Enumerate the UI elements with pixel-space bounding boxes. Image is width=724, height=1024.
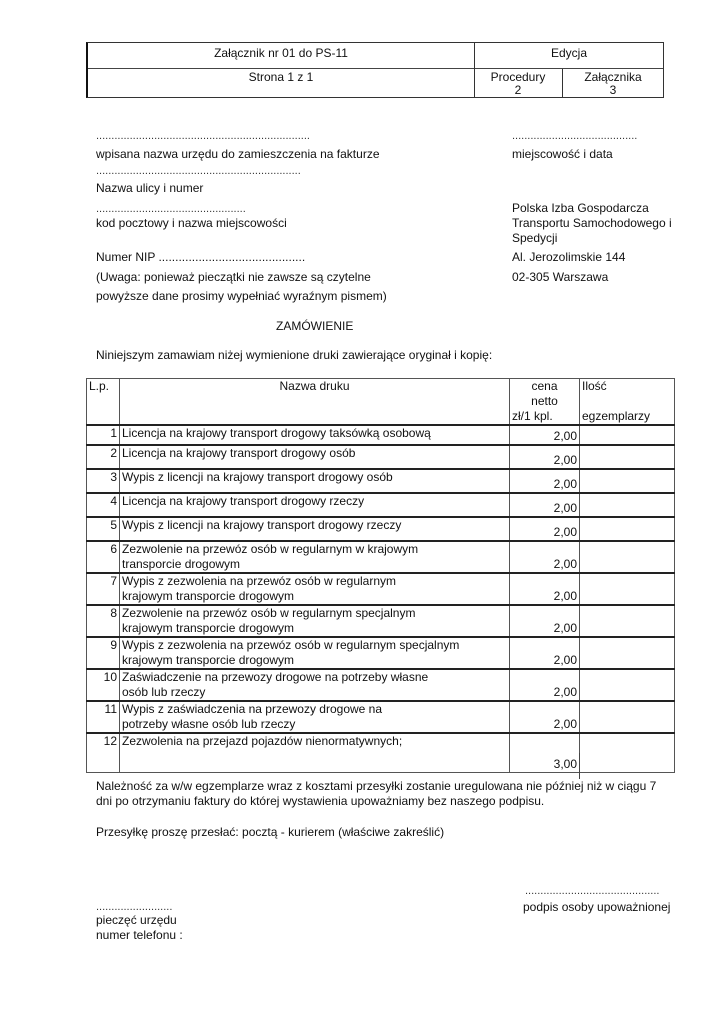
street-field[interactable]: ........................................… — [96, 164, 301, 178]
header-qty-line: egzemplarzy — [582, 409, 672, 424]
price-cell: 2,00 — [510, 445, 580, 469]
header-qty: Ilość egzemplarzy — [580, 379, 675, 426]
print-name: Licencja na krajowy transport drogowy rz… — [120, 493, 510, 517]
price-cell: 2,00 — [510, 701, 580, 733]
quantity-input[interactable] — [580, 469, 675, 493]
print-name: Zezwolenia na przejazd pojazdów nienorma… — [120, 733, 510, 773]
row-number: 9 — [87, 637, 120, 669]
quantity-input[interactable] — [580, 669, 675, 701]
signature-label: podpis osoby upoważnionej — [523, 900, 670, 914]
row-number: 10 — [87, 669, 120, 701]
signature-field[interactable]: ........................................… — [525, 884, 659, 898]
print-name-line: Wypis z zaświadczenia na przewozy drogow… — [122, 702, 507, 717]
print-name-line: Zezwolenia na przejazd pojazdów nienorma… — [122, 734, 507, 749]
postal-field[interactable]: ........................................… — [96, 202, 246, 216]
recipient-city: 02-305 Warszawa — [512, 270, 608, 284]
row-number: 6 — [87, 541, 120, 573]
procedure-value: 2 — [474, 84, 562, 97]
row-number: 7 — [87, 573, 120, 605]
place-date-label: miejscowość i data — [512, 147, 613, 161]
price-cell: 2,00 — [510, 541, 580, 573]
header-price-line: netto — [510, 394, 579, 409]
order-items-table: L.p. Nazwa druku cena netto zł/1 kpl. Il… — [86, 378, 675, 773]
street-label: Nazwa ulicy i numer — [96, 181, 203, 195]
header-qty-line: Ilość — [582, 379, 672, 394]
page-number: Strona 1 z 1 — [88, 71, 474, 84]
print-name: Licencja na krajowy transport drogowy ta… — [120, 425, 510, 445]
payment-terms: dni po otrzymaniu faktury do której wyst… — [96, 794, 544, 808]
note-line: powyższe dane prosimy wypełniać wyraźnym… — [96, 289, 387, 303]
table-row: 5Wypis z licencji na krajowy transport d… — [87, 517, 675, 541]
print-name: Wypis z licencji na krajowy transport dr… — [120, 469, 510, 493]
print-name-line: Zezwolenie na przewóz osób w regularnym … — [122, 606, 507, 621]
price-cell: 2,00 — [510, 517, 580, 541]
shipping-method: Przesyłkę proszę przesłać: pocztą - kuri… — [96, 825, 444, 839]
row-number: 11 — [87, 701, 120, 733]
office-name-label: wpisana nazwa urzędu do zamieszczenia na… — [96, 147, 380, 161]
print-name-line: krajowym transporcie drogowym — [122, 653, 507, 668]
phone-label: numer telefonu : — [96, 928, 183, 942]
row-number: 12 — [87, 733, 120, 773]
quantity-input[interactable] — [580, 517, 675, 541]
table-row: 9Wypis z zezwolenia na przewóz osób w re… — [87, 637, 675, 669]
print-name-line: krajowym transporcie drogowym — [122, 621, 507, 636]
quantity-input[interactable] — [580, 573, 675, 605]
nip-field[interactable]: Numer NIP ..............................… — [96, 250, 305, 264]
stamp-field[interactable]: ......................... — [96, 900, 172, 914]
attachment-value: 3 — [562, 84, 664, 97]
print-name: Wypis z licencji na krajowy transport dr… — [120, 517, 510, 541]
attachment-title: Załącznik nr 01 do PS-11 — [88, 47, 474, 60]
table-row: 12Zezwolenia na przejazd pojazdów nienor… — [87, 733, 675, 773]
print-name: Licencja na krajowy transport drogowy os… — [120, 445, 510, 469]
header-divider — [88, 68, 663, 69]
print-name: Zaświadczenie na przewozy drogowe na pot… — [120, 669, 510, 701]
print-name-line — [122, 749, 507, 764]
table-row: 6Zezwolenie na przewóz osób w regularnym… — [87, 541, 675, 573]
print-name: Wypis z zaświadczenia na przewozy drogow… — [120, 701, 510, 733]
print-name-line: Zaświadczenie na przewozy drogowe na pot… — [122, 670, 507, 685]
payment-terms: Należność za w/w egzemplarze wraz z kosz… — [96, 779, 656, 793]
header-price-line: cena — [510, 379, 579, 394]
print-name-line: Licencja na krajowy transport drogowy os… — [122, 446, 507, 461]
row-number: 2 — [87, 445, 120, 469]
quantity-input[interactable] — [580, 701, 675, 733]
print-name: Wypis z zezwolenia na przewóz osób w reg… — [120, 573, 510, 605]
table-row: 4Licencja na krajowy transport drogowy r… — [87, 493, 675, 517]
price-cell: 2,00 — [510, 669, 580, 701]
print-name: Wypis z zezwolenia na przewóz osób w reg… — [120, 637, 510, 669]
recipient-name: Polska Izba Gospodarcza — [512, 201, 649, 215]
price-cell: 2,00 — [510, 573, 580, 605]
note-line: (Uwaga: ponieważ pieczątki nie zawsze są… — [96, 270, 371, 284]
row-number: 8 — [87, 605, 120, 637]
table-row: 2Licencja na krajowy transport drogowy o… — [87, 445, 675, 469]
price-cell: 2,00 — [510, 637, 580, 669]
price-cell: 2,00 — [510, 469, 580, 493]
print-name-line: transporcie drogowym — [122, 557, 507, 572]
order-intro: Niniejszym zamawiam niżej wymienione dru… — [96, 348, 492, 362]
table-header-row: L.p. Nazwa druku cena netto zł/1 kpl. Il… — [87, 379, 675, 426]
table-row: 11Wypis z zaświadczenia na przewozy drog… — [87, 701, 675, 733]
quantity-input[interactable] — [580, 493, 675, 517]
postal-label: kod pocztowy i nazwa miejscowości — [96, 216, 287, 230]
quantity-input[interactable] — [580, 425, 675, 445]
print-name-line: Wypis z licencji na krajowy transport dr… — [122, 518, 507, 533]
print-name-line: potrzeby własne osób lub rzeczy — [122, 717, 507, 732]
header-lp: L.p. — [87, 379, 120, 426]
print-name-line: osób lub rzeczy — [122, 685, 507, 700]
table-row: 7Wypis z zezwolenia na przewóz osób w re… — [87, 573, 675, 605]
place-date-field[interactable]: ........................................… — [512, 129, 637, 143]
price-cell: 2,00 — [510, 493, 580, 517]
print-name-line: Zezwolenie na przewóz osób w regularnym … — [122, 542, 507, 557]
print-name-line: Wypis z zezwolenia na przewóz osób w reg… — [122, 638, 507, 653]
quantity-input[interactable] — [580, 637, 675, 669]
stamp-label: pieczęć urzędu — [96, 913, 177, 927]
print-name-line: krajowym transporcie drogowym — [122, 589, 507, 604]
quantity-input[interactable] — [580, 605, 675, 637]
row-number: 1 — [87, 425, 120, 445]
quantity-input[interactable] — [580, 541, 675, 573]
table-row: 10Zaświadczenie na przewozy drogowe na p… — [87, 669, 675, 701]
header-price: cena netto zł/1 kpl. — [510, 379, 580, 426]
print-name-line: Wypis z licencji na krajowy transport dr… — [122, 470, 507, 485]
print-name: Zezwolenie na przewóz osób w regularnym … — [120, 541, 510, 573]
quantity-input[interactable] — [580, 733, 675, 773]
qty-column-line — [579, 753, 580, 779]
recipient-street: Al. Jerozolimskie 144 — [512, 250, 625, 264]
row-number: 5 — [87, 517, 120, 541]
table-row: 1Licencja na krajowy transport drogowy t… — [87, 425, 675, 445]
table-row: 3Wypis z licencji na krajowy transport d… — [87, 469, 675, 493]
header-price-line: zł/1 kpl. — [510, 409, 579, 424]
table-row: 8Zezwolenie na przewóz osób w regularnym… — [87, 605, 675, 637]
print-name: Zezwolenie na przewóz osób w regularnym … — [120, 605, 510, 637]
order-title: ZAMÓWIENIE — [276, 319, 353, 333]
price-cell: 2,00 — [510, 605, 580, 637]
print-name-line: Licencja na krajowy transport drogowy ta… — [122, 426, 507, 441]
print-name-line: Wypis z zezwolenia na przewóz osób w reg… — [122, 574, 507, 589]
price-cell: 2,00 — [510, 425, 580, 445]
quantity-input[interactable] — [580, 445, 675, 469]
row-number: 4 — [87, 493, 120, 517]
office-name-field[interactable]: ........................................… — [96, 129, 310, 143]
print-name-line: Licencja na krajowy transport drogowy rz… — [122, 494, 507, 509]
price-cell: 3,00 — [510, 733, 580, 773]
document-header-box: Załącznik nr 01 do PS-11 Edycja Strona 1… — [86, 42, 664, 98]
recipient-name: Spedycji — [512, 231, 557, 245]
edition-label: Edycja — [474, 47, 664, 60]
recipient-name: Transportu Samochodowego i — [512, 216, 672, 230]
header-name: Nazwa druku — [120, 379, 510, 426]
row-number: 3 — [87, 469, 120, 493]
